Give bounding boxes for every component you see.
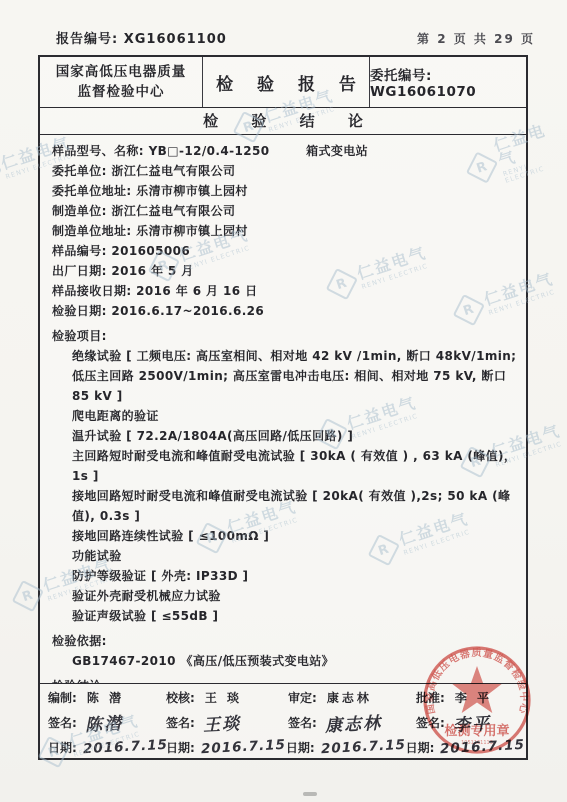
field-sample-model: 样品型号、名称: YB□-12/0.4-1250 箱式变电站 [52, 141, 518, 161]
item-mechanical-stress-test: 验证外壳耐受机械应力试验 [52, 586, 518, 606]
report-number: 报告编号: XG16061100 [56, 28, 227, 47]
stamp-star-icon [452, 666, 501, 713]
role-name: 王 琰 [205, 689, 242, 706]
date-label: 日期: [166, 739, 195, 756]
role-name: 陈 潜 [87, 689, 124, 706]
handwritten-signature: 王琰 [202, 709, 241, 736]
org-name-line2: 监督检验中心 [78, 82, 165, 102]
report-title: 检 验 报 告 [203, 57, 370, 107]
field-sample-number: 样品编号: 201605006 [52, 241, 518, 261]
renyi-logo-icon: R [0, 158, 2, 190]
header-row: 国家高低压电器质量 监督检验中心 检 验 报 告 委托编号: WG1606107… [40, 57, 526, 108]
item-main-circuit-withstand-current: 主回路短时耐受电流和峰值耐受电流试验 [ 30kA ( 有效值 ) , 63 k… [52, 446, 518, 486]
handwritten-signature: 陈潜 [84, 709, 123, 736]
report-page: R 仁益电气RENYI ELECTRIC R 仁益电气RENYI ELECTRI… [0, 0, 567, 802]
stamp-svg: 国家高低压电器质量监督检验中心 检测专用章 1051161113 [412, 634, 544, 766]
field-client-address: 委托单位地址: 乐清市柳市镇上园村 [52, 181, 518, 201]
conclusion-body: 样品型号、名称: YB□-12/0.4-1250 箱式变电站 委托单位: 浙江仁… [40, 135, 526, 683]
report-number-value: XG16061100 [124, 32, 227, 47]
sign-label: 签名: [288, 714, 317, 731]
handwritten-date: 2016.7.15 [82, 737, 168, 757]
item-temperature-rise-test: 温升试验 [ 72.2A/1804A(高压回路/低压回路) ] [52, 426, 518, 446]
commission-number-label: 委托编号: [370, 68, 432, 84]
commission-number-cell: 委托编号: WG16061070 [370, 57, 526, 107]
field-manufacturer: 制造单位: 浙江仁益电气有限公司 [52, 201, 518, 221]
field-sample-received-date: 样品接收日期: 2016 年 6 月 16 日 [52, 281, 518, 301]
official-stamp: 国家高低压电器质量监督检验中心 检测专用章 1051161113 [412, 634, 544, 766]
role-name: 康志林 [327, 689, 372, 706]
inspection-items-heading: 检验项目: [52, 326, 518, 346]
report-number-label: 报告编号: [56, 32, 118, 47]
top-bar: 报告编号: XG16061100 第 2 页 共 29 页 [38, 28, 537, 50]
page-indicator: 第 2 页 共 29 页 [417, 30, 535, 47]
item-earth-circuit-withstand-current: 接地回路短时耐受电流和峰值耐受电流试验 [ 20kA( 有效值 ),2s; 50… [52, 486, 518, 526]
field-production-date: 出厂日期: 2016 年 5 月 [52, 261, 518, 281]
item-creepage-distance: 爬电距离的验证 [52, 406, 518, 426]
org-name-cell: 国家高低压电器质量 监督检验中心 [40, 57, 203, 107]
sign-label: 签名: [48, 714, 77, 731]
role-label: 审定: [288, 689, 317, 706]
field-manufacturer-address: 制造单位地址: 乐清市柳市镇上园村 [52, 221, 518, 241]
field-inspection-dates: 检验日期: 2016.6.17~2016.6.26 [52, 301, 518, 321]
role-label: 编制: [48, 689, 77, 706]
handwritten-date: 2016.7.15 [200, 737, 286, 757]
handwritten-date: 2016.7.15 [320, 737, 406, 757]
org-name-line1: 国家高低压电器质量 [56, 62, 187, 82]
field-client: 委托单位: 浙江仁益电气有限公司 [52, 161, 518, 181]
date-label: 日期: [286, 739, 315, 756]
item-earth-circuit-continuity: 接地回路连续性试验 [ ≤100mΩ ] [52, 526, 518, 546]
item-function-test: 功能试验 [52, 546, 518, 566]
conclusion-title: 检 验 结 论 [40, 108, 526, 135]
item-insulation-test: 绝缘试验 [ 工频电压: 高压室相间、相对地 42 kV /1min, 断口 4… [52, 346, 518, 406]
date-label: 日期: [48, 739, 77, 756]
commission-number-value: WG16061070 [370, 84, 476, 100]
stamp-label: 检测专用章 [444, 723, 509, 739]
item-sound-level-test: 验证声级试验 [ ≤55dB ] [52, 606, 518, 626]
item-protection-degree: 防护等级验证 [ 外壳: IP33D ] [52, 566, 518, 586]
stamp-serial: 1051161113 [461, 740, 493, 746]
role-label: 校核: [166, 689, 195, 706]
sign-label: 签名: [166, 714, 195, 731]
handwritten-signature: 康志林 [324, 709, 382, 737]
scan-smudge [303, 792, 317, 796]
